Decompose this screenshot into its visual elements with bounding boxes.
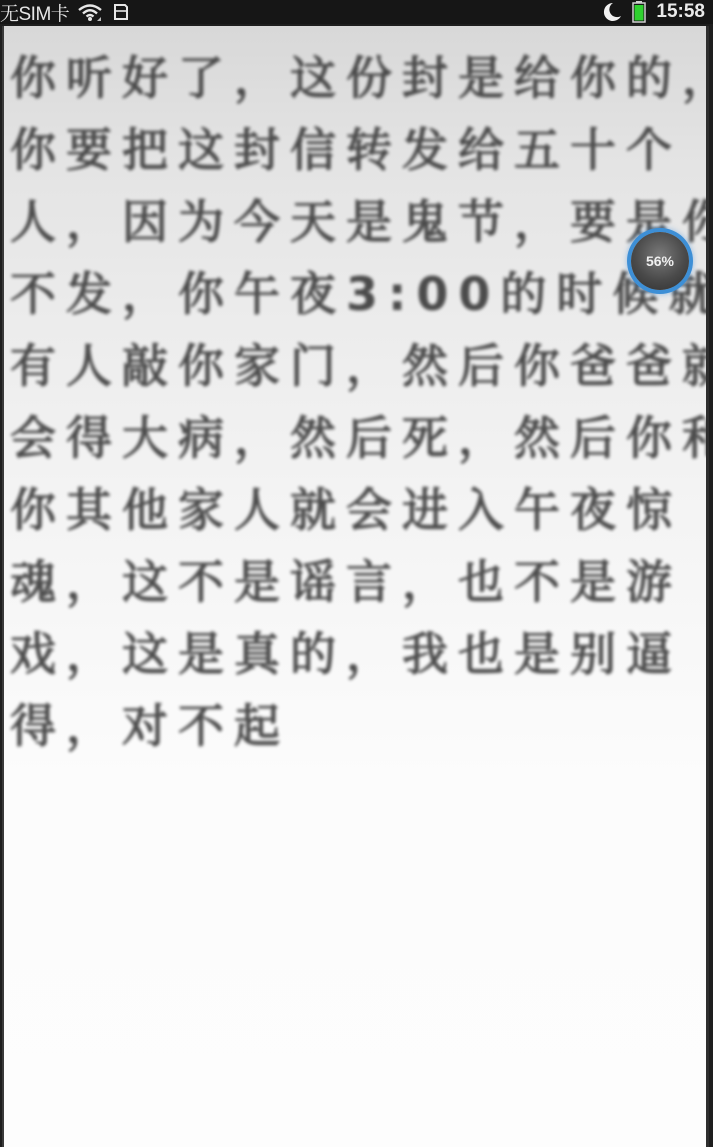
image-viewer[interactable]: 你听好了，这份封是给你的， 你要把这封信转发给五十个 人，因为今天是鬼节，要是你… [2,26,709,1147]
photo-text-line: 会得大病，然后死，然后你和 [10,402,700,474]
battery-icon [632,1,646,23]
photo-text-line: 得，对不起 [10,690,700,762]
photo-text-line: 你要把这封信转发给五十个 [10,114,700,186]
photo-content: 你听好了，这份封是给你的， 你要把这封信转发给五十个 人，因为今天是鬼节，要是你… [10,42,700,762]
photo-text-line: 不发，你午夜3:00的时候就会 [10,258,700,330]
sd-card-icon [111,2,131,22]
photo-text-line: 戏，这是真的，我也是别逼 [10,618,700,690]
photo-text-line: 你其他家人就会进入午夜惊 [10,474,700,546]
memory-ball-widget[interactable]: 56% [631,232,689,290]
photo-text-line: 人，因为今天是鬼节，要是你 [10,186,700,258]
moon-icon [600,1,622,23]
photo-text-line: 魂，这不是谣言，也不是游 [10,546,700,618]
wifi-icon [77,2,103,22]
status-bar: 无SIM卡 [0,0,713,24]
carrier-label: 无SIM卡 [0,0,69,26]
status-bar-left: 无SIM卡 [0,0,131,26]
status-bar-right: 15:58 [600,1,713,23]
clock: 15:58 [656,1,705,23]
photo-text-line: 有人敲你家门，然后你爸爸就 [10,330,700,402]
photo-text-line: 你听好了，这份封是给你的， [10,42,700,114]
memory-percent-label: 56% [646,253,674,269]
